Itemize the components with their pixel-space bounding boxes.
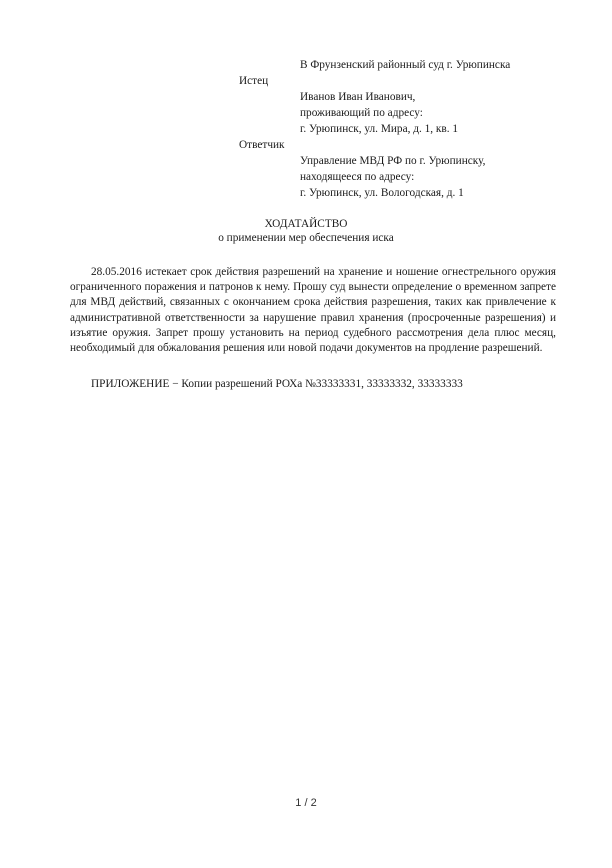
document-subtitle: о применении мер обеспечения иска — [0, 231, 612, 245]
defendant-address: г. Урюпинск, ул. Вологодская, д. 1 — [300, 186, 464, 200]
defendant-address-label: находящееся по адресу: — [300, 170, 414, 184]
page-indicator: 1 / 2 — [0, 797, 612, 809]
court-addressee: В Фрунзенский районный суд г. Урюпинска — [300, 58, 510, 72]
attachment-line: ПРИЛОЖЕНИЕ − Копии разрешений РОХа №3333… — [91, 377, 463, 391]
defendant-name: Управление МВД РФ по г. Урюпинску, — [300, 154, 485, 168]
plaintiff-name: Иванов Иван Иванович, — [300, 90, 415, 104]
plaintiff-address-label: проживающий по адресу: — [300, 106, 423, 120]
defendant-label: Ответчик — [239, 138, 285, 152]
document-page: В Фрунзенский районный суд г. Урюпинска … — [0, 0, 612, 868]
plaintiff-label: Истец — [239, 74, 268, 88]
plaintiff-address: г. Урюпинск, ул. Мира, д. 1, кв. 1 — [300, 122, 458, 136]
body-paragraph: 28.05.2016 истекает срок действия разреш… — [70, 265, 556, 356]
document-title: ХОДАТАЙСТВО — [0, 217, 612, 231]
